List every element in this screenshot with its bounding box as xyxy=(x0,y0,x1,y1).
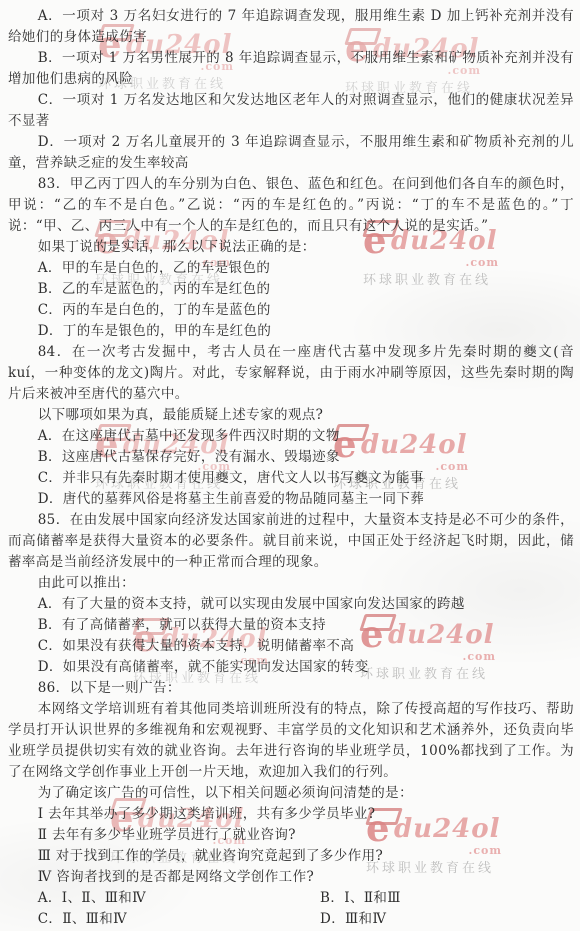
question-86-ad-text: 本网络文学培训班有着其他同类培训班所没有的特点，除了传授高超的写作技巧、帮助学员… xyxy=(8,699,574,783)
question-86-item-4: Ⅳ 咨询者找到的是否都是网络文学创作工作? xyxy=(8,867,574,888)
question-85-option-a: A．有了大量的资本支持，就可以实现由发展中国家向发达国家的跨越 xyxy=(8,594,574,615)
question-86-option-c: C．Ⅱ、Ⅲ和Ⅳ xyxy=(8,909,320,930)
prev-question-option-b: B．一项对 1 万名男性展开的 8 年追踪调查显示，不服用维生素和矿物质补充剂并… xyxy=(8,48,574,90)
question-86-item-3: Ⅲ 对于找到工作的学员，就业咨询究竟起到了多少作用? xyxy=(8,846,574,867)
question-83-prompt: 如果丁说的是实话，那么以下说法正确的是： xyxy=(8,237,574,258)
question-84-option-d: D．唐代的墓葬风俗是将墓主生前喜爱的物品随同墓主一同下葬 xyxy=(8,489,574,510)
prev-question-option-c: C．一项对 1 万名发达地区和欠发达地区老年人的对照调查显示，他们的健康状况差异… xyxy=(8,90,574,132)
question-83-option-c: C．丙的车是白色的，丁的车是蓝色的 xyxy=(8,300,574,321)
question-86-item-1: Ⅰ 去年其举办了多少期这类培训班，共有多少学员毕业? xyxy=(8,804,574,825)
question-85-option-c: C．如果没有获得大量的资本支持，说明储蓄率不高 xyxy=(8,636,574,657)
question-86-intro: 86．以下是一则广告： xyxy=(8,678,574,699)
question-84-option-a: A．在这座唐代古墓中还发现多件西汉时期的文物 xyxy=(8,426,574,447)
question-85-stem: 85．在由发展中国家向经济发达国家前进的过程中，大量资本支持是必不可少的条件，而… xyxy=(8,510,574,573)
question-86-options-row-2: C．Ⅱ、Ⅲ和Ⅳ D．Ⅲ和Ⅳ xyxy=(8,909,574,930)
question-86-option-d: D．Ⅲ和Ⅳ xyxy=(320,909,574,930)
question-84-stem: 84．在一次考古发掘中，考古人员在一座唐代古墓中发现多片先秦时期的夔文(音 ku… xyxy=(8,342,574,405)
prev-question-option-a: A．一项对 3 万名妇女进行的 7 年追踪调查发现，服用维生素 D 加上钙补充剂… xyxy=(8,6,574,48)
question-83-option-d: D．丁的车是银色的，甲的车是红色的 xyxy=(8,321,574,342)
question-84-option-b: B．这座唐代古墓保存完好，没有漏水、毁塌迹象 xyxy=(8,447,574,468)
question-84-option-c: C．并非只有先秦时期才使用夔文，唐代文人以书写夔文为能事 xyxy=(8,468,574,489)
question-84-prompt: 以下哪项如果为真，最能质疑上述专家的观点? xyxy=(8,405,574,426)
question-86-prompt: 为了确定该广告的可信性，以下相关问题必须询问清楚的是： xyxy=(8,783,574,804)
question-85-option-d: D．如果没有高储蓄率，就不能实现向发达国家的转变 xyxy=(8,657,574,678)
question-83-stem: 83．甲乙丙丁四人的车分别为白色、银色、蓝色和红色。在问到他们各自车的颜色时，甲… xyxy=(8,174,574,237)
question-86-item-2: Ⅱ 去年有多少毕业班学员进行了就业咨询? xyxy=(8,825,574,846)
question-85-option-b: B．有了高储蓄率，就可以获得大量的资本支持 xyxy=(8,615,574,636)
prev-question-option-d: D．一项对 2 万名儿童展开的 3 年追踪调查显示，不服用维生素和矿物质补充剂的… xyxy=(8,132,574,174)
question-86-option-b: B．Ⅰ、Ⅱ和Ⅲ xyxy=(320,888,574,909)
question-83-option-b: B．乙的车是蓝色的，丙的车是红色的 xyxy=(8,279,574,300)
exam-page: A．一项对 3 万名妇女进行的 7 年追踪调查发现，服用维生素 D 加上钙补充剂… xyxy=(0,0,580,930)
question-86-option-a: A．Ⅰ、Ⅱ、Ⅲ和Ⅳ xyxy=(8,888,320,909)
question-86-options-row-1: A．Ⅰ、Ⅱ、Ⅲ和Ⅳ B．Ⅰ、Ⅱ和Ⅲ xyxy=(8,888,574,909)
question-85-prompt: 由此可以推出： xyxy=(8,573,574,594)
question-83-option-a: A．甲的车是白色的，乙的车是银色的 xyxy=(8,258,574,279)
